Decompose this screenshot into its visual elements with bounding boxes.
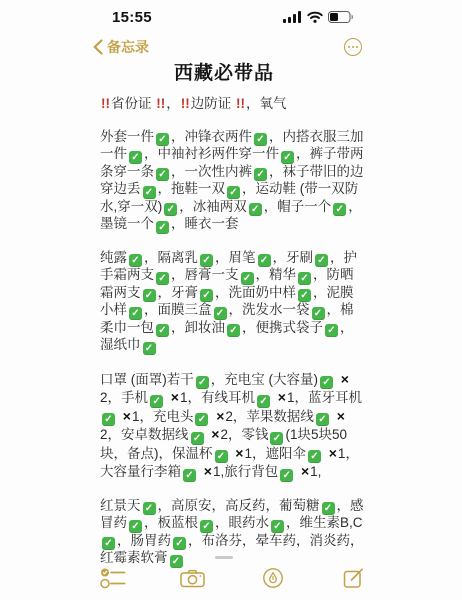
battery-icon: [328, 11, 354, 23]
cross-multiply-emoji: ×: [235, 445, 243, 461]
cross-multiply-emoji: ×: [171, 389, 179, 405]
check-emoji: ✓: [241, 272, 254, 285]
note-paragraph: 外套一件✓，冲锋衣两件✓，内搭衣服三加一件✓，中袖衬衫两件穿一件✓，裤子带两条穿…: [100, 129, 364, 234]
camera-button[interactable]: [177, 564, 207, 592]
check-emoji: ✓: [191, 432, 204, 445]
note-paragraph: 纯露✓，隔离乳✓，眉笔✓，牙刷✓，护手霜两支✓，唇膏一支✓，精华✓，防晒霜两支✓…: [100, 250, 364, 355]
check-emoji: ✓: [316, 413, 329, 426]
cross-multiply-emoji: ×: [337, 408, 345, 424]
check-emoji: ✓: [129, 307, 142, 320]
cross-multiply-emoji: ×: [211, 426, 219, 442]
cross-multiply-emoji: ×: [123, 408, 131, 424]
check-emoji: ✓: [129, 151, 142, 164]
status-bar: 15:55: [112, 4, 354, 30]
checklist-icon: [100, 567, 126, 589]
chevron-left-icon: [93, 39, 103, 55]
check-emoji: ✓: [320, 376, 333, 389]
check-emoji: ✓: [280, 469, 293, 482]
check-emoji: ✓: [200, 520, 213, 533]
check-emoji: ✓: [298, 272, 311, 285]
status-icons: [283, 11, 354, 23]
double-exclamation-emoji: !!: [156, 96, 165, 111]
note-title[interactable]: 西藏必带品: [0, 58, 448, 85]
check-emoji: ✓: [129, 254, 142, 267]
wifi-icon: [307, 11, 323, 23]
check-emoji: ✓: [271, 520, 284, 533]
check-emoji: ✓: [164, 203, 177, 216]
cross-multiply-emoji: ×: [216, 408, 224, 424]
cellular-signal-icon: [283, 11, 302, 23]
cross-multiply-emoji: ×: [301, 463, 309, 479]
nav-bar: 备忘录: [93, 36, 362, 58]
check-emoji: ✓: [281, 151, 294, 164]
check-emoji: ✓: [308, 450, 321, 463]
check-emoji: ✓: [143, 502, 156, 515]
check-emoji: ✓: [214, 307, 227, 320]
check-emoji: ✓: [200, 254, 213, 267]
double-exclamation-emoji: !!: [236, 96, 245, 111]
check-emoji: ✓: [258, 254, 271, 267]
cross-multiply-emoji: ×: [341, 371, 349, 387]
check-emoji: ✓: [173, 537, 186, 550]
markup-button[interactable]: [258, 564, 288, 592]
check-emoji: ✓: [315, 254, 328, 267]
check-emoji: ✓: [156, 324, 169, 337]
check-emoji: ✓: [102, 413, 115, 426]
check-emoji: ✓: [215, 450, 228, 463]
cross-multiply-emoji: ×: [278, 389, 286, 405]
check-emoji: ✓: [312, 307, 325, 320]
check-emoji: ✓: [143, 289, 156, 302]
note-paragraph: 口罩 (面罩)若干✓，充电宝 (大容量)✓ ×2，手机✓ ×1，有线耳机✓ ×1…: [100, 371, 364, 482]
note-body[interactable]: !!省份证 !!，!!边防证 !!，氧气外套一件✓，冲锋衣两件✓，内搭衣服三加一…: [100, 96, 364, 584]
double-exclamation-emoji: !!: [101, 96, 110, 111]
check-emoji: ✓: [196, 376, 209, 389]
check-emoji: ✓: [200, 289, 213, 302]
check-emoji: ✓: [333, 203, 346, 216]
check-emoji: ✓: [257, 395, 270, 408]
back-button-label: 备忘录: [107, 37, 149, 57]
check-emoji: ✓: [195, 413, 208, 426]
compose-button[interactable]: [338, 564, 368, 592]
cross-multiply-emoji: ×: [204, 463, 212, 479]
camera-icon: [180, 568, 205, 588]
check-emoji: ✓: [227, 324, 240, 337]
notes-app-screen: 15:55 备忘录: [0, 0, 462, 600]
bottom-toolbar: [0, 562, 462, 600]
status-time: 15:55: [112, 9, 152, 26]
check-emoji: ✓: [249, 203, 262, 216]
drag-handle: [215, 556, 233, 559]
check-emoji: ✓: [150, 395, 163, 408]
check-emoji: ✓: [322, 502, 335, 515]
check-emoji: ✓: [227, 186, 240, 199]
cross-multiply-emoji: ×: [329, 445, 337, 461]
check-emoji: ✓: [270, 432, 283, 445]
compose-icon: [342, 567, 365, 589]
check-emoji: ✓: [156, 221, 169, 234]
check-emoji: ✓: [156, 168, 169, 181]
markup-pen-icon: [262, 567, 284, 589]
check-emoji: ✓: [325, 324, 338, 337]
back-button[interactable]: 备忘录: [93, 37, 149, 57]
ellipsis-icon: [348, 46, 350, 48]
checklist-button[interactable]: [98, 564, 128, 592]
check-emoji: ✓: [254, 133, 267, 146]
check-emoji: ✓: [254, 168, 267, 181]
check-emoji: ✓: [129, 520, 142, 533]
check-emoji: ✓: [156, 272, 169, 285]
check-emoji: ✓: [143, 186, 156, 199]
check-emoji: ✓: [156, 133, 169, 146]
check-emoji: ✓: [102, 537, 115, 550]
check-emoji: ✓: [298, 289, 311, 302]
check-emoji: ✓: [143, 342, 156, 355]
more-options-button[interactable]: [344, 38, 362, 56]
double-exclamation-emoji: !!: [181, 96, 190, 111]
note-paragraph: !!省份证 !!，!!边防证 !!，氧气: [100, 96, 364, 113]
check-emoji: ✓: [183, 469, 196, 482]
